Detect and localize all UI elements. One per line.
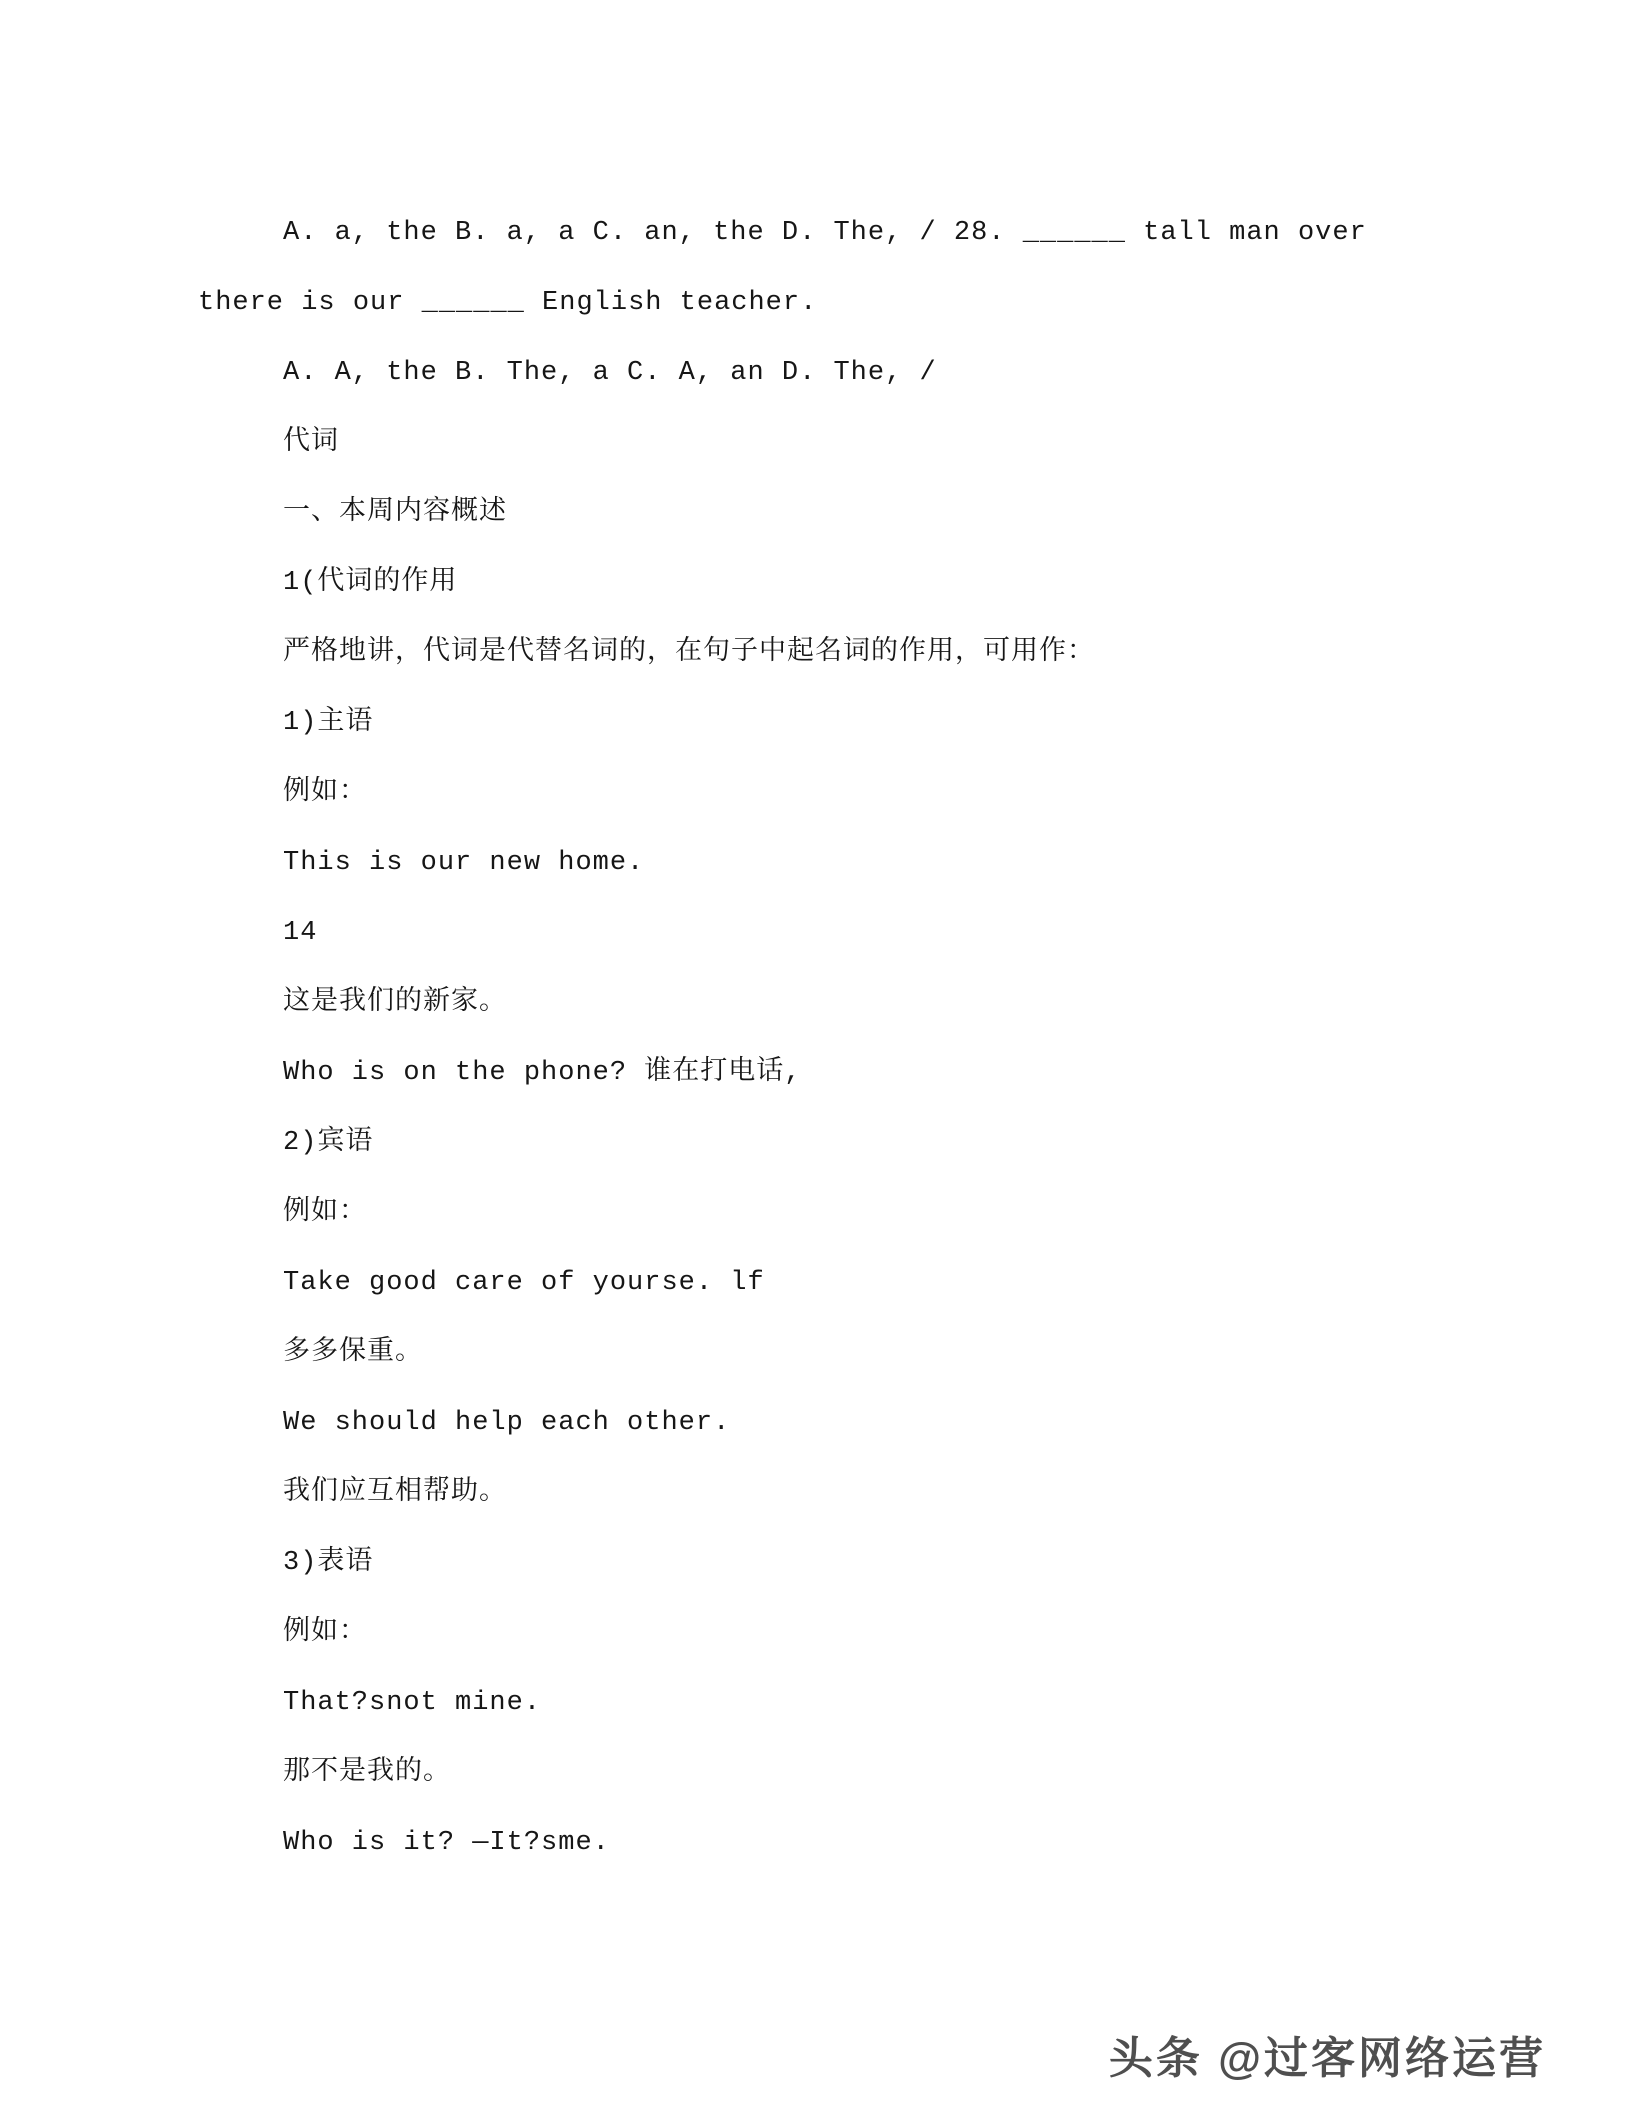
text-line: 14 (198, 898, 1572, 968)
text-line: 例如： (198, 758, 1572, 828)
text-line: 1)主语 (198, 688, 1572, 758)
document-body: A. a, the B. a, a C. an, the D. The, / 2… (198, 198, 1572, 1878)
document-page: A. a, the B. a, a C. an, the D. The, / 2… (0, 0, 1632, 2112)
text-line: This is our new home. (198, 828, 1572, 898)
text-line: 代词 (198, 408, 1572, 478)
text-line: That?snot mine. (198, 1668, 1572, 1738)
text-line: Who is on the phone? 谁在打电话, (198, 1038, 1572, 1108)
text-line: 那不是我的。 (198, 1738, 1572, 1808)
text-line: A. a, the B. a, a C. an, the D. The, / 2… (198, 198, 1572, 268)
text-line: We should help each other. (198, 1388, 1572, 1458)
text-line: there is our ______ English teacher. (198, 268, 1572, 338)
text-line: 3)表语 (198, 1528, 1572, 1598)
text-line: A. A, the B. The, a C. A, an D. The, / (198, 338, 1572, 408)
text-line: Take good care of yourse. lf (198, 1248, 1572, 1318)
text-line: 多多保重。 (198, 1318, 1572, 1388)
text-line: 例如： (198, 1598, 1572, 1668)
text-line: 一、本周内容概述 (198, 478, 1572, 548)
text-line: 1(代词的作用 (198, 548, 1572, 618)
text-line: 2)宾语 (198, 1108, 1572, 1178)
text-line: 严格地讲，代词是代替名词的，在句子中起名词的作用，可用作： (198, 618, 1572, 688)
text-line: 我们应互相帮助。 (198, 1458, 1572, 1528)
text-line: Who is it? —It?sme. (198, 1808, 1572, 1878)
text-line: 例如： (198, 1178, 1572, 1248)
watermark: 头条 @过客网络运营 (1109, 2022, 1546, 2086)
text-line: 这是我们的新家。 (198, 968, 1572, 1038)
